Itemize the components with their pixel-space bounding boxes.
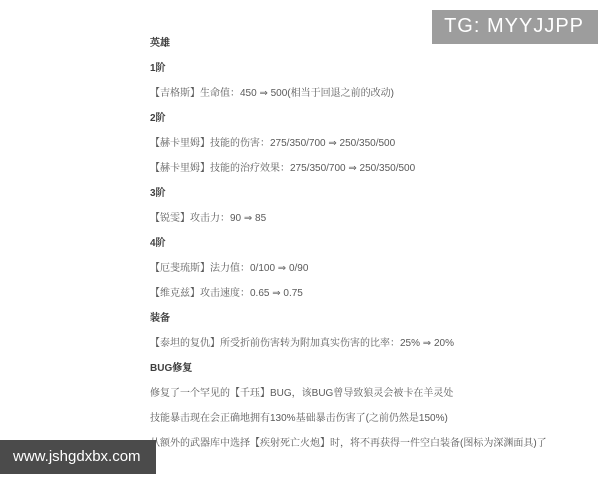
- change-line: 【吉格斯】生命值：450 ⇒ 500(相当于回退之前的改动): [150, 88, 480, 100]
- change-line: 【赫卡里姆】技能的伤害：275/350/700 ⇒ 250/350/500: [150, 138, 480, 150]
- section-heroes: 英雄: [150, 38, 480, 50]
- section-heading-tier1: 1阶: [150, 63, 480, 75]
- section-heading-tier3: 3阶: [150, 188, 480, 200]
- section-heading-items: 装备: [150, 313, 480, 325]
- section-tier4: 4阶 【厄斐琉斯】法力值：0/100 ⇒ 0/90 【维克兹】攻击速度：0.65…: [150, 238, 480, 300]
- patch-notes-page: TG: MYYJJPP 英雄 1阶 【吉格斯】生命值：450 ⇒ 500(相当于…: [0, 0, 600, 480]
- section-items: 装备 【泰坦的复仇】所受折前伤害转为附加真实伤害的比率：25% ⇒ 20%: [150, 313, 480, 350]
- site-watermark: www.jshgdxbx.com: [0, 440, 156, 474]
- change-line: 【赫卡里姆】技能的治疗效果：275/350/700 ⇒ 250/350/500: [150, 163, 480, 175]
- change-line: 【维克兹】攻击速度：0.65 ⇒ 0.75: [150, 288, 480, 300]
- section-tier3: 3阶 【锐雯】攻击力：90 ⇒ 85: [150, 188, 480, 225]
- section-heading-heroes: 英雄: [150, 38, 480, 50]
- section-bugfixes: BUG修复 修复了一个罕见的【千珏】BUG，该BUG曾导致狼灵会被卡在羊灵处 技…: [150, 363, 480, 450]
- section-tier2: 2阶 【赫卡里姆】技能的伤害：275/350/700 ⇒ 250/350/500…: [150, 113, 480, 175]
- bugfix-line: 从额外的武器库中选择【疾射死亡火炮】时，将不再获得一件空白装备(图标为深渊面具)…: [150, 438, 480, 450]
- bugfix-line: 修复了一个罕见的【千珏】BUG，该BUG曾导致狼灵会被卡在羊灵处: [150, 388, 480, 400]
- change-line: 【泰坦的复仇】所受折前伤害转为附加真实伤害的比率：25% ⇒ 20%: [150, 338, 480, 350]
- section-heading-tier4: 4阶: [150, 238, 480, 250]
- section-heading-bugfixes: BUG修复: [150, 363, 480, 375]
- change-line: 【锐雯】攻击力：90 ⇒ 85: [150, 213, 480, 225]
- change-line: 【厄斐琉斯】法力值：0/100 ⇒ 0/90: [150, 263, 480, 275]
- patch-notes-content: 英雄 1阶 【吉格斯】生命值：450 ⇒ 500(相当于回退之前的改动) 2阶 …: [150, 38, 480, 463]
- section-heading-tier2: 2阶: [150, 113, 480, 125]
- bugfix-line: 技能暴击现在会正确地拥有130%基础暴击伤害了(之前仍然是150%): [150, 413, 480, 425]
- section-tier1: 1阶 【吉格斯】生命值：450 ⇒ 500(相当于回退之前的改动): [150, 63, 480, 100]
